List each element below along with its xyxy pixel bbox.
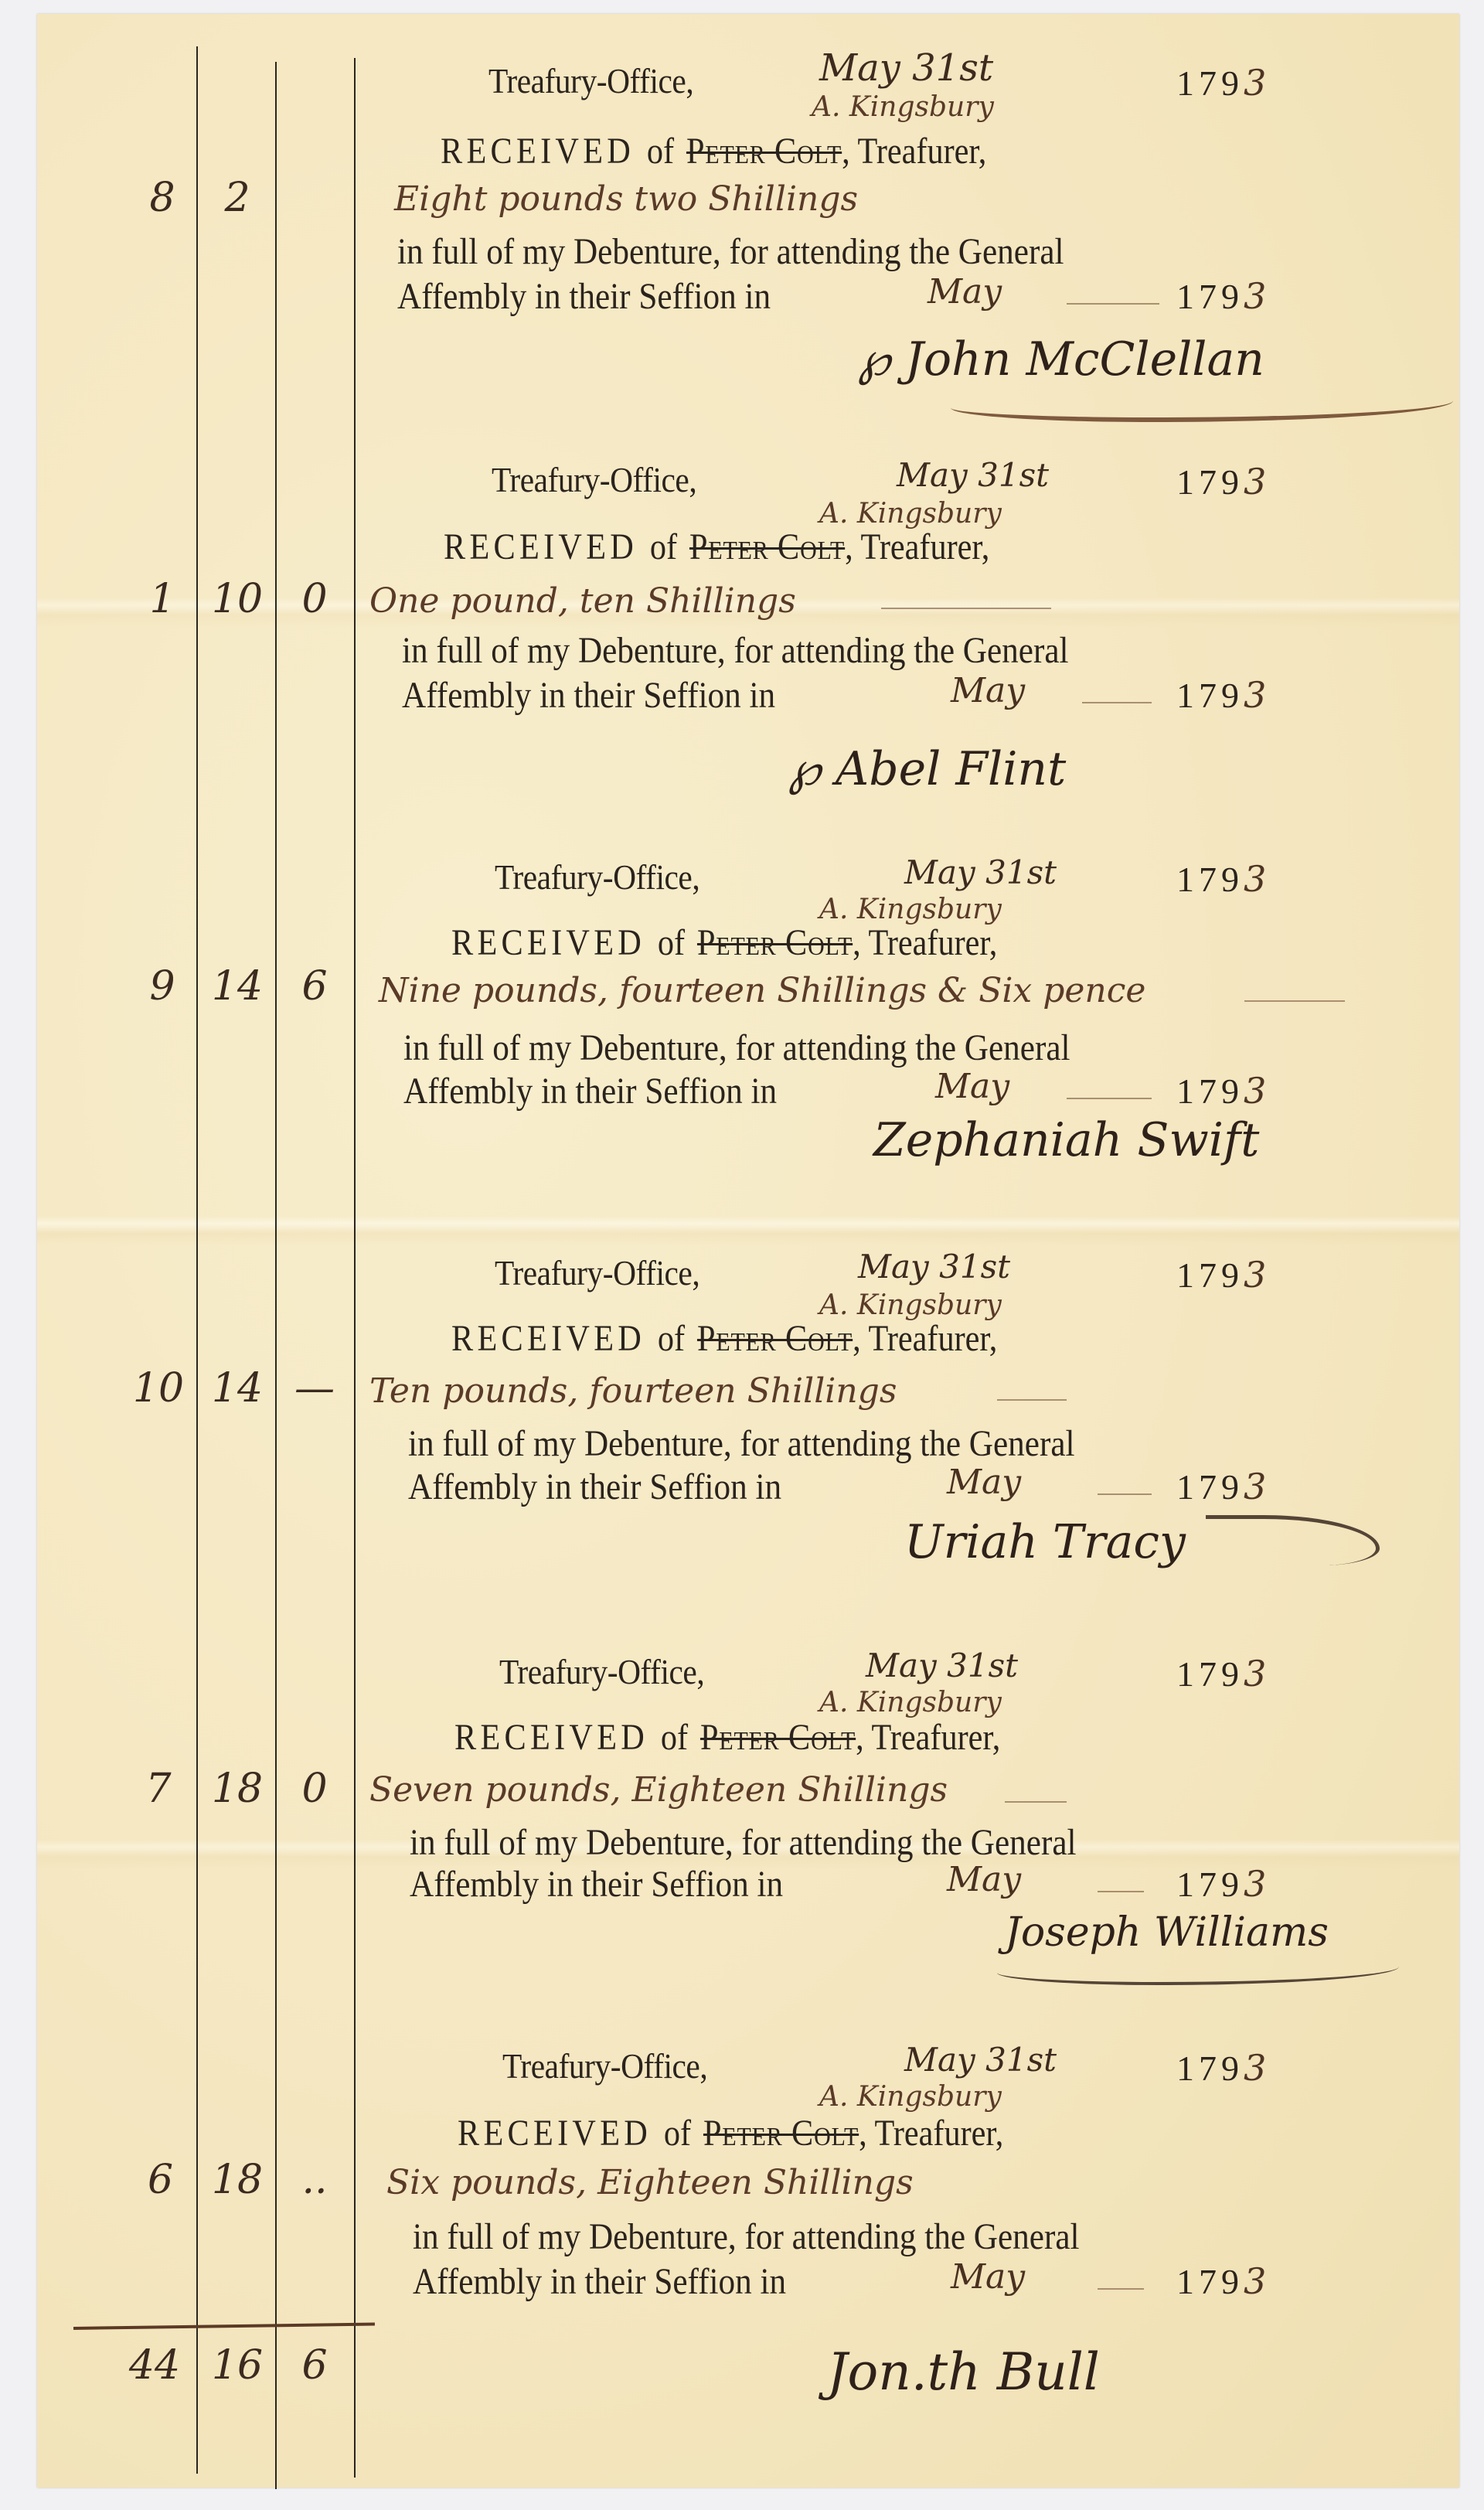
received-label: RECEIVED [458,2113,652,2154]
year-handwritten-digit: 3 [1244,1653,1271,1694]
year-printed-digits: 179 [1176,2262,1244,2301]
treasurer-name-handwritten: A. Kingsbury [819,2081,1002,2113]
fill-dash [1005,1801,1067,1803]
ledger-pence: 0 [280,576,349,622]
of-label: of [661,1717,688,1758]
date-handwritten: May 31st [858,1248,1010,1286]
year-printed-digits: 179 [1176,277,1244,316]
treasurer-name-handwritten: A. Kingsbury [819,894,1002,925]
treasurer-label: , Treafurer, [856,1717,1000,1758]
ledger-pounds: 8 [131,175,193,221]
year-handwritten-digit: 3 [1244,1070,1271,1112]
signature: Zephaniah Swift [873,1113,1259,1167]
signature: Uriah Tracy [904,1515,1186,1569]
assembly-line: Affembly in their Seffion in [408,1466,781,1508]
fill-dash [997,1399,1067,1401]
of-label: of [647,131,674,172]
received-label: RECEIVED [451,922,645,963]
ledger-shillings: 18 [203,2157,272,2203]
date-handwritten: May 31st [866,1647,1018,1684]
treasurer-label: , Treafurer, [842,131,986,172]
assembly-line: Affembly in their Seffion in [403,1070,777,1112]
year-handwritten-digit: 3 [1244,2047,1271,2089]
treasurer-label: , Treafurer, [853,1318,997,1359]
signature: ℘ Abel Flint [788,742,1066,796]
ledger-pence: .. [280,2157,349,2203]
year-printed-2: 1793 [1176,2260,1271,2302]
signature: ℘ John McClellan [858,332,1264,387]
year-printed: 1793 [1176,1254,1271,1296]
debenture-line: in full of my Debenture, for attending t… [402,629,1069,672]
year-printed-2: 1793 [1176,674,1271,716]
debenture-line: in full of my Debenture, for attending t… [408,1422,1075,1465]
received-label: RECEIVED [454,1717,648,1758]
year-handwritten-digit: 3 [1244,1863,1271,1905]
struck-treasurer-name: Peter Colt [697,922,853,963]
year-printed-digits: 179 [1176,63,1244,103]
assembly-line: Affembly in their Seffion in [410,1863,783,1905]
debenture-line: in full of my Debenture, for attending t… [403,1027,1070,1069]
ledger-shillings: 14 [203,1365,272,1412]
treasury-office-label: Treafury-Office, [499,1651,704,1692]
year-printed: 1793 [1176,2047,1271,2089]
year-printed-digits: 179 [1176,1865,1244,1904]
ledger-shillings: 14 [203,963,272,1010]
signature: Joseph Williams [1005,1909,1329,1956]
ledger-pence: 0 [280,1766,349,1812]
session-month: May [951,671,1025,710]
session-month: May [947,1860,1021,1899]
treasury-office-label: Treafury-Office, [502,2045,707,2086]
struck-treasurer-name: Peter Colt [686,131,842,172]
year-handwritten-digit: 3 [1244,1466,1271,1507]
year-printed-digits: 179 [1176,462,1244,502]
received-line: RECEIVED of Peter Colt, Treafurer, [451,1317,997,1360]
received-line: RECEIVED of Peter Colt, Treafurer, [454,1716,1000,1759]
ledger-pounds: 7 [124,1766,193,1812]
year-printed-2: 1793 [1176,1863,1271,1905]
ledger-column-rule-1 [196,46,198,2474]
treasurer-label: , Treafurer, [859,2113,1003,2154]
debenture-line: in full of my Debenture, for attending t… [413,2215,1080,2258]
date-handwritten: May 31st [897,456,1049,494]
total-pence: 6 [280,2342,349,2389]
year-printed: 1793 [1176,461,1271,502]
ledger-pounds: 6 [128,2157,193,2203]
fill-dash [1067,1098,1152,1099]
of-label: of [658,1318,685,1359]
year-handwritten-digit: 3 [1244,275,1271,317]
year-printed: 1793 [1176,1653,1271,1694]
ledger-pounds: 1 [131,576,193,622]
year-printed: 1793 [1176,858,1271,900]
ledger-column-rule-3 [354,58,356,2478]
received-line: RECEIVED of Peter Colt, Treafurer, [444,526,989,568]
fill-dash [1067,303,1159,305]
year-printed-digits: 179 [1176,1071,1244,1111]
fill-dash [881,608,1051,609]
year-handwritten-digit: 3 [1244,674,1271,716]
treasury-office-label: Treafury-Office, [495,1252,699,1293]
of-label: of [664,2113,691,2154]
session-month: May [951,2257,1025,2297]
debenture-line: in full of my Debenture, for attending t… [410,1821,1077,1864]
assembly-line: Affembly in their Seffion in [397,275,771,318]
struck-treasurer-name: Peter Colt [689,526,845,567]
treasury-office-label: Treafury-Office, [492,459,696,500]
date-handwritten: May 31st [819,46,993,90]
year-printed-2: 1793 [1176,1466,1271,1507]
year-printed: 1793 [1176,62,1271,104]
treasurer-name-handwritten: A. Kingsbury [819,498,1002,530]
treasurer-name-handwritten: A. Kingsbury [819,1289,1002,1321]
ledger-pence: 6 [280,963,349,1010]
ledger-column-rule-2 [275,62,277,2489]
session-month: May [935,1067,1009,1106]
fill-dash [1098,2288,1144,2290]
date-handwritten: May 31st [904,2041,1057,2079]
ledger-pence: — [280,1365,349,1412]
amount-in-words: Six pounds, Eighteen Shillings [386,2163,914,2202]
treasurer-label: , Treafurer, [845,526,989,567]
struck-treasurer-name: Peter Colt [700,1717,856,1758]
ledger-pounds: 10 [124,1365,193,1412]
session-month: May [927,272,1002,312]
total-shillings: 16 [203,2342,272,2389]
fill-dash [1244,1000,1345,1002]
year-printed-2: 1793 [1176,1070,1271,1112]
assembly-line: Affembly in their Seffion in [413,2260,786,2303]
treasurer-label: , Treafurer, [853,922,997,963]
ledger-shillings: 10 [203,576,272,622]
struck-treasurer-name: Peter Colt [703,2113,859,2154]
year-handwritten-digit: 3 [1244,461,1271,502]
fill-dash [1098,1891,1144,1892]
year-printed-digits: 179 [1176,860,1244,899]
total-pounds: 44 [116,2342,193,2389]
received-label: RECEIVED [451,1318,645,1359]
amount-in-words: Ten pounds, fourteen Shillings [369,1371,897,1411]
amount-in-words: Eight pounds two Shillings [394,179,858,219]
year-printed-digits: 179 [1176,1467,1244,1507]
year-handwritten-digit: 3 [1244,1254,1271,1296]
debenture-line: in full of my Debenture, for attending t… [397,230,1064,273]
ledger-shillings: 2 [203,175,272,221]
year-printed-2: 1793 [1176,275,1271,317]
year-handwritten-digit: 3 [1244,2260,1271,2302]
received-line: RECEIVED of Peter Colt, Treafurer, [441,130,986,172]
date-handwritten: May 31st [904,853,1057,891]
year-handwritten-digit: 3 [1244,62,1271,104]
signature: Jon.th Bull [827,2342,1100,2402]
received-label: RECEIVED [441,131,635,172]
treasurer-name-handwritten: A. Kingsbury [819,1687,1002,1718]
year-printed-digits: 179 [1176,1654,1244,1694]
received-line: RECEIVED of Peter Colt, Treafurer, [451,921,997,964]
struck-treasurer-name: Peter Colt [697,1318,853,1359]
amount-in-words: One pound, ten Shillings [369,581,796,621]
session-month: May [947,1463,1021,1502]
of-label: of [650,526,677,567]
treasury-office-label: Treafury-Office, [495,857,699,897]
assembly-line: Affembly in their Seffion in [402,674,775,717]
year-printed-digits: 179 [1176,676,1244,715]
amount-in-words: Nine pounds, fourteen Shillings & Six pe… [379,971,1145,1010]
year-printed-digits: 179 [1176,1255,1244,1295]
of-label: of [658,922,685,963]
ledger-pounds: 9 [131,963,193,1010]
received-label: RECEIVED [444,526,638,567]
year-handwritten-digit: 3 [1244,858,1271,900]
received-line: RECEIVED of Peter Colt, Treafurer, [458,2112,1003,2154]
fill-dash [1082,702,1152,703]
year-printed-digits: 179 [1176,2049,1244,2088]
amount-in-words: Seven pounds, Eighteen Shillings [369,1770,948,1810]
fill-dash [1098,1493,1152,1495]
ledger-shillings: 18 [203,1766,272,1812]
treasurer-name-handwritten: A. Kingsbury [812,91,994,123]
treasury-office-label: Treafury-Office, [488,60,693,101]
